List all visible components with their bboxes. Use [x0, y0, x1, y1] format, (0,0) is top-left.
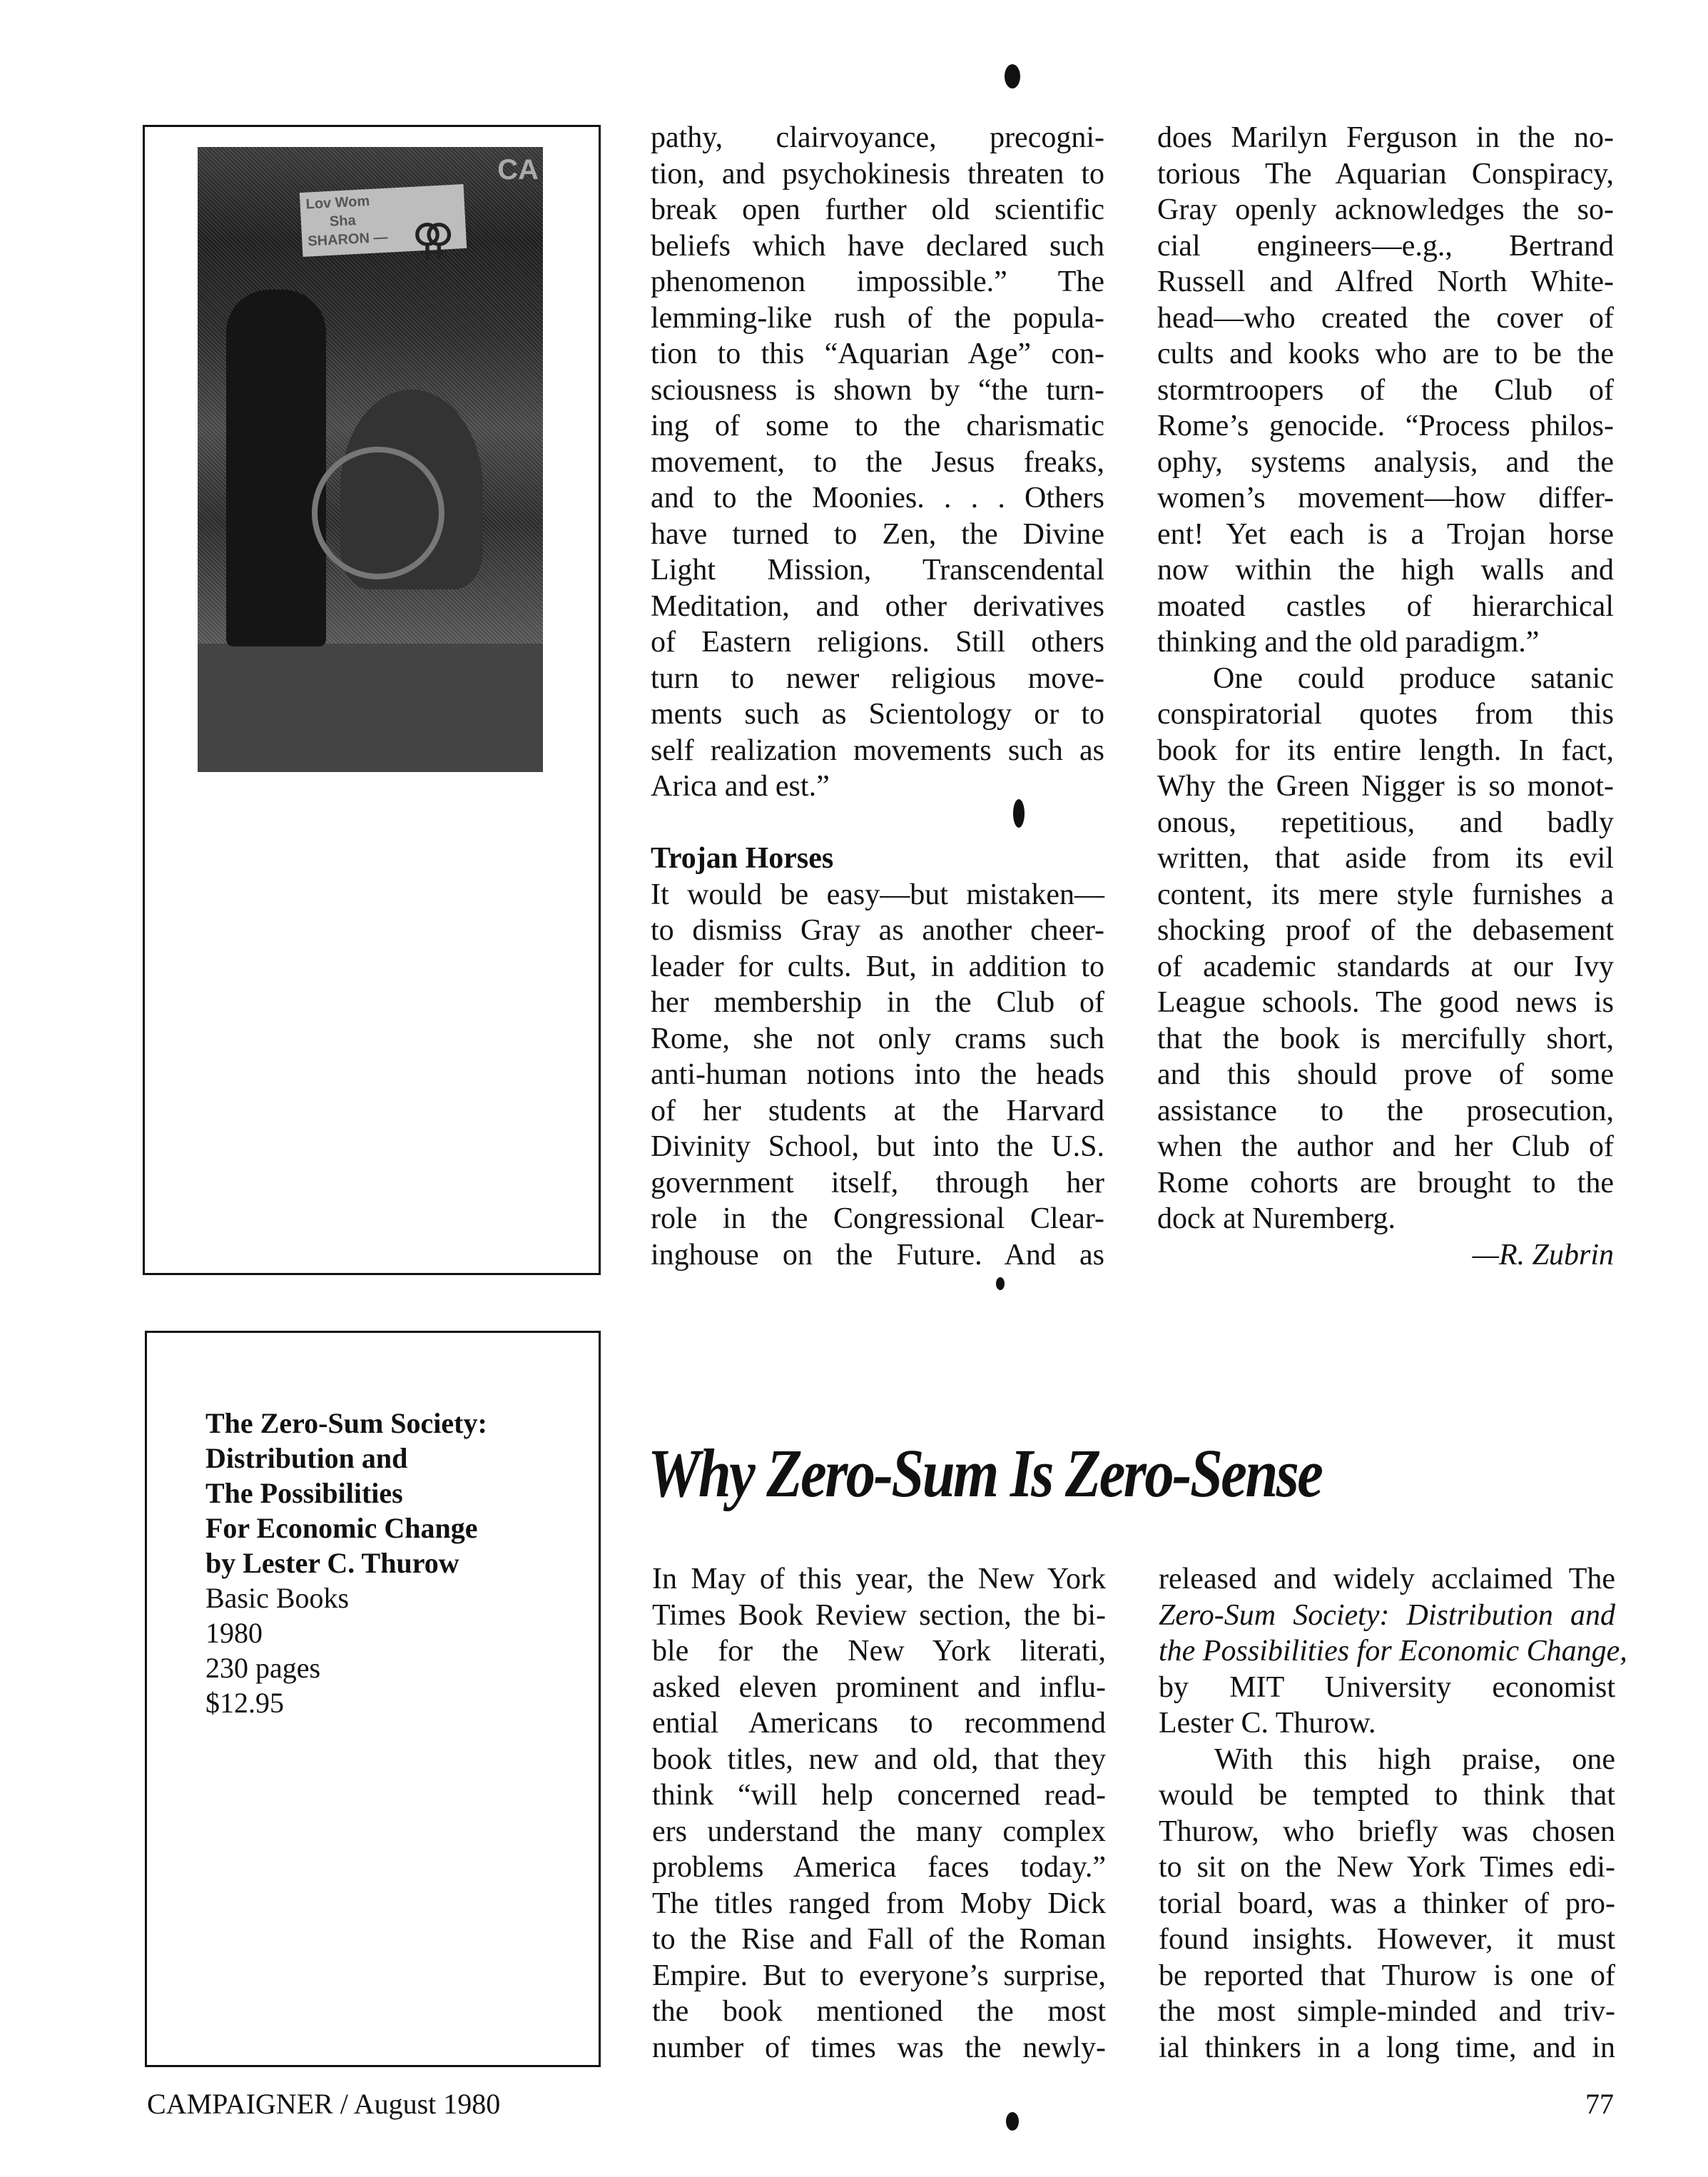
text-line: Why the Green Nigger is so monot- [1157, 768, 1614, 805]
photo-wheelchair-wheel [312, 447, 444, 579]
text-line: phenomenon impossible.” The [651, 264, 1104, 300]
text-line: torious The Aquarian Conspiracy, [1157, 156, 1614, 193]
text-line: to dismiss Gray as another cheer- [651, 913, 1104, 949]
book-year: 1980 [205, 1615, 487, 1650]
text-line: that the book is mercifully short, [1157, 1021, 1614, 1057]
text-line: With this high praise, one [1159, 1742, 1615, 1778]
text-line: Thurow, who briefly was chosen [1159, 1814, 1615, 1850]
text-line: pathy, clairvoyance, precogni- [651, 120, 1104, 156]
photo-street [198, 644, 543, 772]
text-line: government itself, through her [651, 1165, 1104, 1202]
book-author: by Lester C. Thurow [205, 1546, 487, 1580]
text-line: cults and kooks who are to be the [1157, 336, 1614, 372]
text-line: the book mentioned the most [652, 1994, 1106, 2030]
book-pages: 230 pages [205, 1650, 487, 1685]
review1-column-middle: pathy, clairvoyance, precogni- tion, and… [651, 120, 1104, 1273]
text-line: Arica and est.” [651, 768, 1104, 805]
book-title-line: The Zero-Sum Society: [205, 1406, 487, 1441]
text-line: number of times was the newly- [652, 2030, 1106, 2066]
text-line: of academic standards at our Ivy [1157, 949, 1614, 985]
text-line: One could produce satanic [1157, 661, 1614, 697]
text-line: her membership in the Club of [651, 985, 1104, 1021]
text-line: ing of some to the charismatic [651, 408, 1104, 445]
text-line: onous, repetitious, and badly [1157, 805, 1614, 841]
publication-footer: CAMPAIGNER / August 1980 [147, 2087, 500, 2121]
text-line: tion, and psychokinesis threaten to [651, 156, 1104, 193]
text-line: Rome, she not only crams such [651, 1021, 1104, 1057]
text-line: League schools. The good news is [1157, 985, 1614, 1021]
text-line: be reported that Thurow is one of [1159, 1958, 1615, 1994]
placard-text-1: Lov Wom [305, 193, 370, 213]
text-line: break open further old scientific [651, 192, 1104, 228]
text-line: torial board, was a thinker of pro- [1159, 1886, 1615, 1922]
scan-speck [1013, 799, 1025, 828]
review2-column-right: released and widely acclaimed The Zero-S… [1159, 1561, 1615, 2066]
scan-speck [1006, 2112, 1019, 2131]
article-headline: Why Zero-Sum Is Zero-Sense [648, 1434, 1321, 1513]
text-line: think “will help concerned read- [652, 1777, 1106, 1814]
text-line: when the author and her Club of [1157, 1129, 1614, 1165]
text-line: by MIT University economist [1159, 1670, 1615, 1706]
text-line: ers understand the many complex [652, 1814, 1106, 1850]
text-line: assistance to the prosecution, [1157, 1093, 1614, 1130]
text-line: stormtroopers of the Club of [1157, 372, 1614, 409]
double-female-symbol-icon: ⚢ [412, 218, 454, 261]
text-line: to sit on the New York Times edi- [1159, 1849, 1615, 1886]
text-line: thinking and the old paradigm.” [1157, 624, 1614, 661]
book-publisher: Basic Books [205, 1580, 487, 1615]
text-line: Meditation, and other derivatives [651, 589, 1104, 625]
text-line: Zero-Sum Society: Distribution and [1159, 1598, 1615, 1634]
book-title-line: Distribution and [205, 1441, 487, 1476]
text-line: movement, to the Jesus freaks, [651, 445, 1104, 481]
text-line: inghouse on the Future. And as [651, 1237, 1104, 1274]
text-line: moated castles of hierarchical [1157, 589, 1614, 625]
text-line: Lester C. Thurow. [1159, 1705, 1615, 1742]
text-line: content, its mere style furnishes a [1157, 877, 1614, 913]
text-line: anti-human notions into the heads [651, 1057, 1104, 1093]
text-line: women’s movement—how differ- [1157, 480, 1614, 517]
text-line: Gray openly acknowledges the so- [1157, 192, 1614, 228]
text-line: self realization movements such as [651, 733, 1104, 769]
protest-march-photo: Lov Wom Sha SHARON — ⚢ CA [198, 147, 543, 772]
text-line: to the Rise and Fall of the Roman [652, 1922, 1106, 1958]
book-info-box: The Zero-Sum Society: Distribution and T… [145, 1331, 601, 2067]
text-line: ential Americans to recommend [652, 1705, 1106, 1742]
page-number: 77 [1585, 2087, 1614, 2121]
review2-column-middle: In May of this year, the New York Times … [652, 1561, 1106, 2066]
text-line: Rome cohorts are brought to the [1157, 1165, 1614, 1202]
text-line: ophy, systems analysis, and the [1157, 445, 1614, 481]
book-title-line: For Economic Change [205, 1511, 487, 1546]
text-line: turn to newer religious move- [651, 661, 1104, 697]
text-line: the most simple-minded and triv- [1159, 1994, 1615, 2030]
author-signature: —R. Zubrin [1157, 1237, 1614, 1274]
text-line: In May of this year, the New York [652, 1561, 1106, 1598]
text-line: shocking proof of the debasement [1157, 913, 1614, 949]
book-title-line: The Possibilities [205, 1476, 487, 1511]
text-line: of Eastern religions. Still others [651, 624, 1104, 661]
text-line: ent! Yet each is a Trojan horse [1157, 517, 1614, 553]
text-line: does Marilyn Ferguson in the no- [1157, 120, 1614, 156]
text-line: book titles, new and old, that they [652, 1742, 1106, 1778]
placard-text-3: SHARON — [307, 230, 388, 250]
text-line: and this should prove of some [1157, 1057, 1614, 1093]
text-line: lemming-like rush of the popula- [651, 300, 1104, 337]
text-line: Rome’s genocide. “Process philos- [1157, 408, 1614, 445]
placard-text-2: Sha [329, 213, 356, 230]
text-line: head—who created the cover of [1157, 300, 1614, 337]
text-line: beliefs which have declared such [651, 228, 1104, 265]
text-line: of her students at the Harvard [651, 1093, 1104, 1130]
text-line: leader for cults. But, in addition to [651, 949, 1104, 985]
text-line: Light Mission, Transcendental [651, 552, 1104, 589]
scan-speck [1005, 64, 1020, 88]
text-line: book for its entire length. In fact, [1157, 733, 1614, 769]
text-line: dock at Nuremberg. [1157, 1201, 1614, 1237]
scan-speck [996, 1277, 1005, 1290]
spacer [651, 805, 1104, 841]
text-line: Russell and Alfred North White- [1157, 264, 1614, 300]
text-line: ble for the New York literati, [652, 1633, 1106, 1670]
text-line: asked eleven prominent and influ- [652, 1670, 1106, 1706]
text-line: role in the Congressional Clear- [651, 1201, 1104, 1237]
book-price: $12.95 [205, 1685, 487, 1720]
text-line: cial engineers—e.g., Bertrand [1157, 228, 1614, 265]
text-line: tion to this “Aquarian Age” con- [651, 336, 1104, 372]
text-line: written, that aside from its evil [1157, 841, 1614, 877]
photo-corner-sign-text: CA [497, 154, 539, 186]
text-line: The titles ranged from Moby Dick [652, 1886, 1106, 1922]
text-line: Divinity School, but into the U.S. [651, 1129, 1104, 1165]
text-line: problems America faces today.” [652, 1849, 1106, 1886]
text-line: and to the Moonies. . . . Others [651, 480, 1104, 517]
text-line: would be tempted to think that [1159, 1777, 1615, 1814]
photo-figure-marcher [226, 290, 326, 646]
text-line: ments such as Scientology or to [651, 696, 1104, 733]
text-line: Times Book Review section, the bi- [652, 1598, 1106, 1634]
text-line: have turned to Zen, the Divine [651, 517, 1104, 553]
text-line: released and widely acclaimed The [1159, 1561, 1615, 1598]
book-info: The Zero-Sum Society: Distribution and T… [205, 1406, 487, 1720]
text-line: the Possibilities for Economic Change, [1159, 1633, 1615, 1670]
text-line: ial thinkers in a long time, and in [1159, 2030, 1615, 2066]
text-line: conspiratorial quotes from this [1157, 696, 1614, 733]
subhead-trojan-horses: Trojan Horses [651, 841, 1104, 877]
text-line: found insights. However, it must [1159, 1922, 1615, 1958]
text-line: sciousness is shown by “the turn- [651, 372, 1104, 409]
text-line: Empire. But to everyone’s surprise, [652, 1958, 1106, 1994]
review1-column-right: does Marilyn Ferguson in the no- torious… [1157, 120, 1614, 1273]
text-line: It would be easy—but mistaken— [651, 877, 1104, 913]
photo-frame: Lov Wom Sha SHARON — ⚢ CA [143, 125, 601, 1275]
text-line: now within the high walls and [1157, 552, 1614, 589]
